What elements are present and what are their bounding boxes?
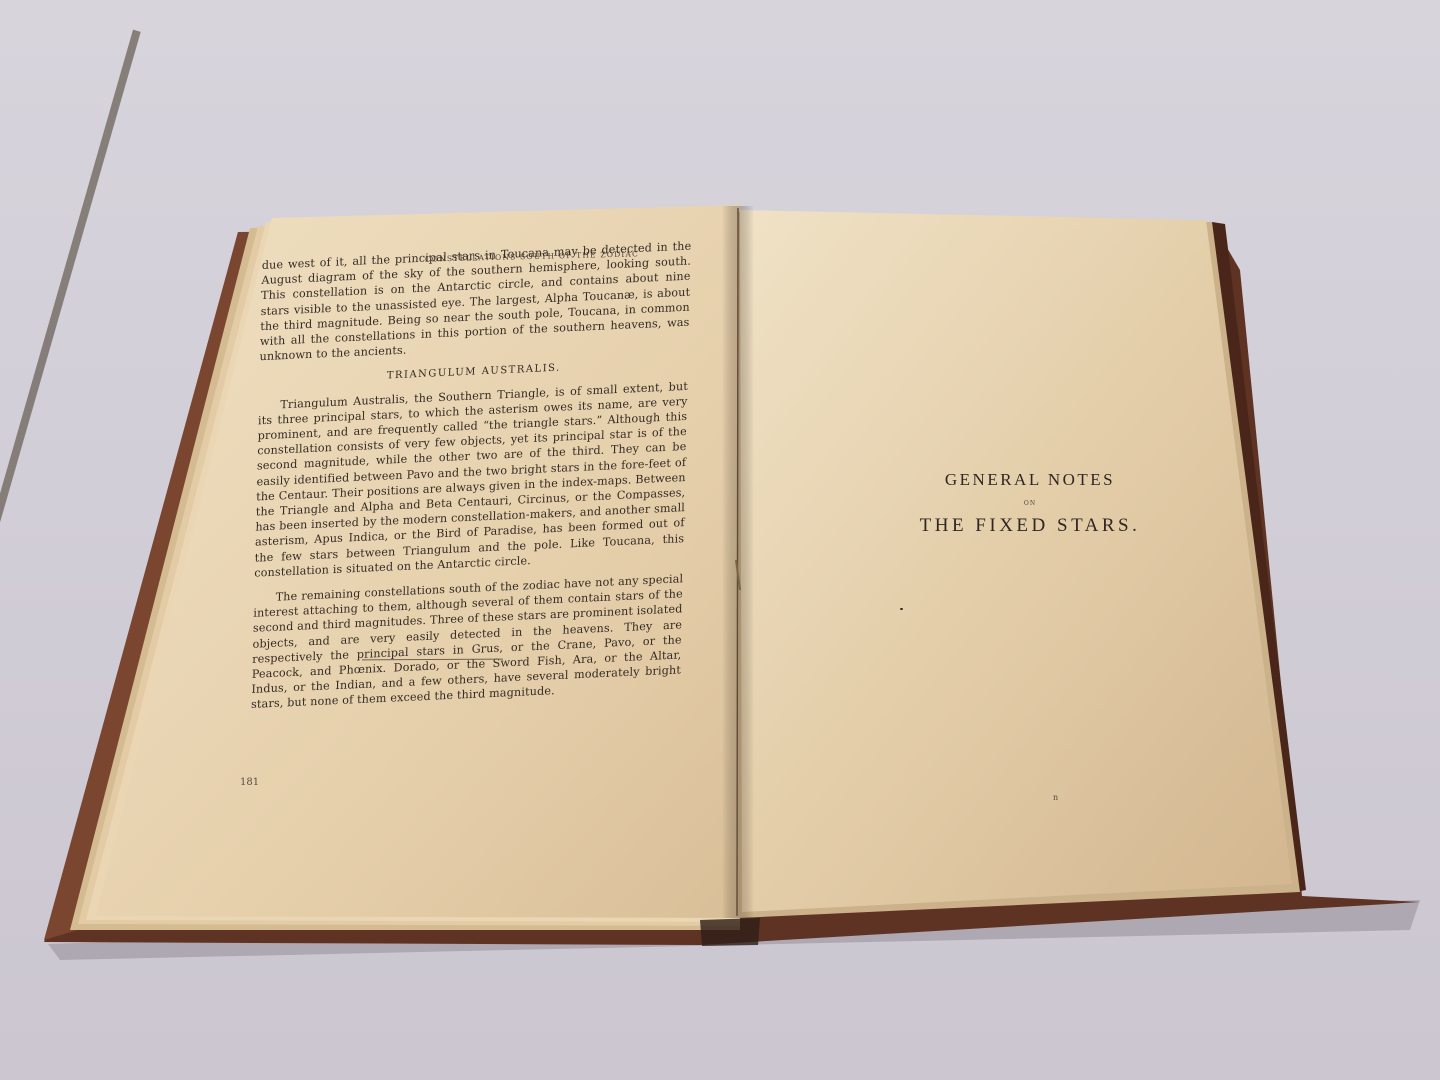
title-connector: ON [880,500,1180,507]
paragraph-triangulum: Triangulum Australis, the Southern Trian… [254,378,688,580]
right-page [740,210,1292,912]
title-general-notes: GENERAL NOTES [880,470,1180,490]
chapter-title: GENERAL NOTES ON THE FIXED STARS. [880,470,1180,537]
book-shape [0,0,1440,1080]
title-fixed-stars: THE FIXED STARS. [880,515,1180,537]
paragraph-remaining-constellations: The remaining constellations south of th… [251,571,684,712]
signature-mark: n [1053,793,1058,802]
left-page-text: due west of it, all the principal stars … [251,238,692,722]
ink-speck [900,608,903,610]
paragraph-toucana: due west of it, all the principal stars … [259,238,691,364]
open-book [0,0,1440,1080]
page-number: 181 [240,777,259,788]
